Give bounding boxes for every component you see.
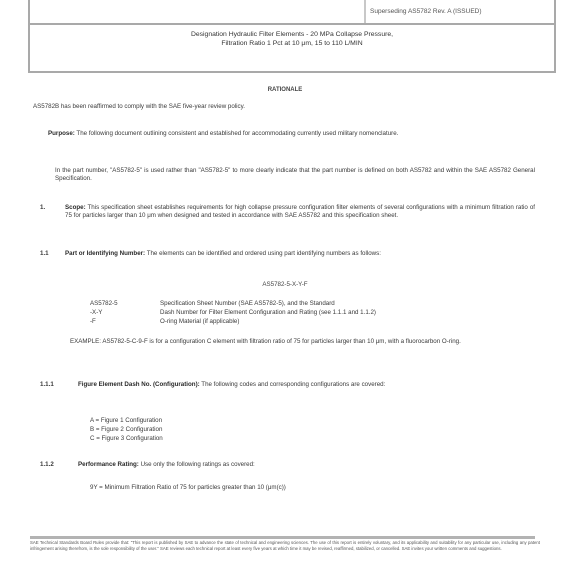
rating-paragraph: Performance Rating: Use only the followi… (78, 461, 535, 469)
footer-rule (30, 536, 535, 539)
title-line-2: Filtration Ratio 1 Pct at 10 μm, 15 to 1… (30, 39, 554, 48)
configuration-item: C = Figure 3 Configuration (90, 435, 163, 442)
purpose-paragraph: Purpose: The following document outlinin… (48, 130, 534, 138)
purpose-label: Purpose: (48, 130, 75, 137)
subsection-number: 1.1.2 (40, 461, 54, 468)
rationale-heading: RATIONALE (0, 87, 570, 93)
footer-disclaimer: SAE Technical Standards Board Rules prov… (30, 540, 540, 551)
title-line-1: Designation Hydraulic Filter Elements - … (30, 30, 554, 39)
configuration-paragraph: Figure Element Dash No. (Configuration):… (78, 381, 535, 389)
section-number: 1. (40, 204, 45, 211)
part-number-paragraph: Part or Identifying Number: The elements… (65, 250, 535, 258)
designation-desc: O-ring Material (if applicable) (160, 318, 239, 325)
rating-text: Use only the following ratings as covere… (139, 461, 255, 468)
configuration-item: A = Figure 1 Configuration (90, 417, 162, 424)
header-top-band: Superseding AS5782 Rev. A (ISSUED) (30, 0, 554, 25)
rating-item: 9Y = Minimum Filtration Ratio of 75 for … (90, 484, 286, 491)
document-title: Designation Hydraulic Filter Elements - … (30, 30, 554, 48)
section-number: 1.1 (40, 250, 49, 257)
intro-paragraph: In the part number, "AS5782-5" is used r… (55, 167, 535, 184)
part-number-label: Part or Identifying Number: (65, 250, 145, 257)
subsection-number: 1.1.1 (40, 381, 54, 388)
designation-code: AS5782-5 (90, 300, 118, 307)
scope-label: Scope: (65, 204, 86, 211)
configuration-text: The following codes and corresponding co… (200, 381, 386, 388)
configuration-item: B = Figure 2 Configuration (90, 426, 162, 433)
designation-code: -X-Y (90, 309, 102, 316)
rationale-text: AS5782B has been reaffirmed to comply wi… (33, 103, 533, 111)
configuration-label: Figure Element Dash No. (Configuration): (78, 381, 200, 388)
rating-label: Performance Rating: (78, 461, 139, 468)
designation-heading: AS5782-5-X-Y-F (0, 281, 570, 288)
revision-line: Superseding AS5782 Rev. A (ISSUED) (370, 8, 482, 15)
designation-desc: Specification Sheet Number (SAE AS5782-5… (160, 300, 335, 307)
scope-text: This specification sheet establishes req… (65, 204, 535, 219)
designation-desc: Dash Number for Filter Element Configura… (160, 309, 376, 316)
designation-example: EXAMPLE: AS5782-5-C-9-F is for a configu… (70, 338, 535, 346)
designation-code: -F (90, 318, 96, 325)
header-box: Superseding AS5782 Rev. A (ISSUED) Desig… (28, 0, 556, 73)
scope-paragraph: Scope: This specification sheet establis… (65, 204, 535, 221)
document-page: Superseding AS5782 Rev. A (ISSUED) Desig… (0, 0, 570, 570)
purpose-text: The following document outlining consist… (75, 130, 399, 137)
header-divider (364, 0, 366, 23)
part-number-text: The elements can be identified and order… (145, 250, 381, 257)
